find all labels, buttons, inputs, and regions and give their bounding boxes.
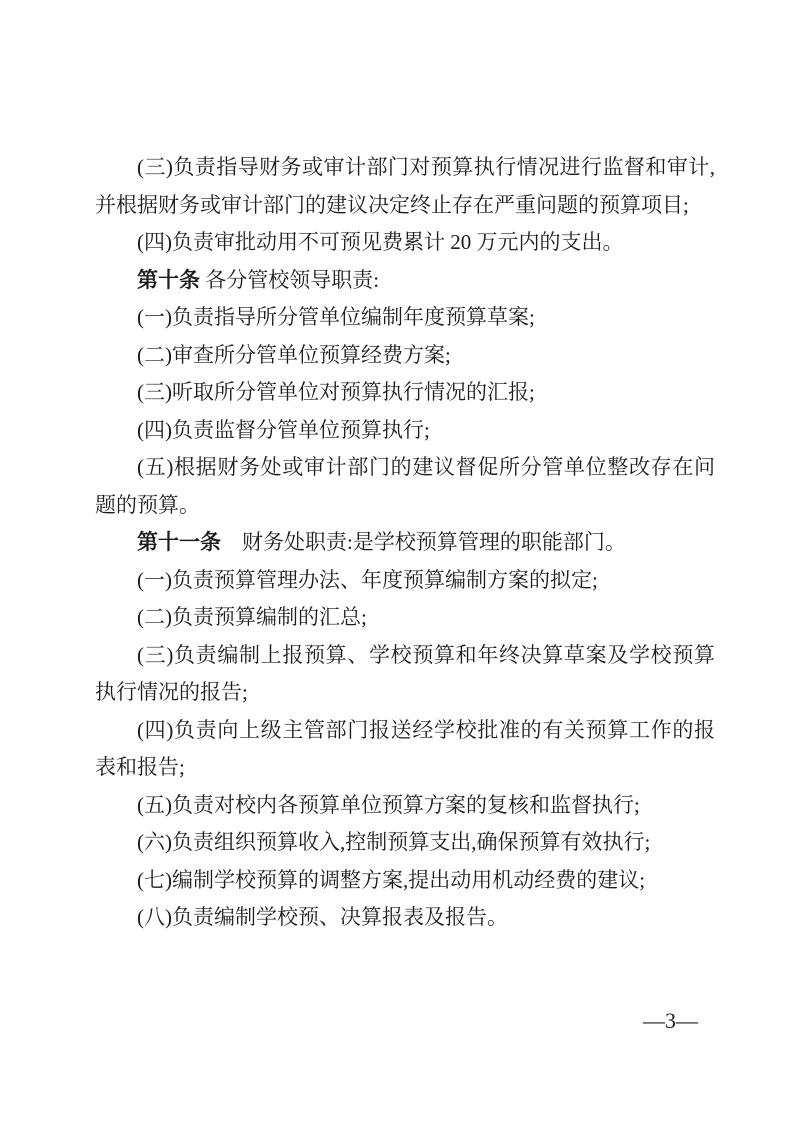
page-number: —3—: [643, 1006, 698, 1036]
paragraph-text: (三)听取所分管单位对预算执行情况的汇报;: [137, 380, 535, 404]
paragraph: (四)负责审批动用不可预见费累计 20 万元内的支出。: [95, 224, 715, 262]
paragraph-text: (五)根据财务处或审计部门的建议督促所分管单位整改存在问题的预算。: [95, 455, 715, 517]
paragraph: (六)负责组织预算收入,控制预算支出,确保预算有效执行;: [95, 824, 715, 862]
paragraph-text: (二)审查所分管单位预算经费方案;: [137, 343, 451, 367]
paragraph-text: (八)负责编制学校预、决算报表及报告。: [137, 905, 508, 929]
paragraph-text: (四)负责监督分管单位预算执行;: [137, 418, 430, 442]
paragraph: (一)负责指导所分管单位编制年度预算草案;: [95, 299, 715, 337]
paragraph: (二)审查所分管单位预算经费方案;: [95, 337, 715, 375]
paragraph: (一)负责预算管理办法、年度预算编制方案的拟定;: [95, 562, 715, 600]
paragraph-text: (一)负责指导所分管单位编制年度预算草案;: [137, 305, 535, 329]
document-body: (三)负责指导财务或审计部门对预算执行情况进行监督和审计,并根据财务或审计部门的…: [95, 149, 715, 937]
paragraph-text: (三)负责指导财务或审计部门对预算执行情况进行监督和审计,并根据财务或审计部门的…: [95, 155, 715, 217]
paragraph-text: 财务处职责:是学校预算管理的职能部门。: [221, 530, 626, 554]
paragraph: (四)负责监督分管单位预算执行;: [95, 412, 715, 450]
paragraph: (二)负责预算编制的汇总;: [95, 599, 715, 637]
paragraph: 第十一条 财务处职责:是学校预算管理的职能部门。: [95, 524, 715, 562]
paragraph: (三)听取所分管单位对预算执行情况的汇报;: [95, 374, 715, 412]
paragraph-text: (七)编制学校预算的调整方案,提出动用机动经费的建议;: [137, 868, 645, 892]
paragraph-text: (四)负责审批动用不可预见费累计 20 万元内的支出。: [137, 230, 624, 254]
paragraph: (八)负责编制学校预、决算报表及报告。: [95, 899, 715, 937]
paragraph: (三)负责指导财务或审计部门对预算执行情况进行监督和审计,并根据财务或审计部门的…: [95, 149, 715, 224]
paragraph: (五)根据财务处或审计部门的建议督促所分管单位整改存在问题的预算。: [95, 449, 715, 524]
paragraph-text: (四)负责向上级主管部门报送经学校批准的有关预算工作的报表和报告;: [95, 718, 715, 780]
paragraph-text: (五)负责对校内各预算单位预算方案的复核和监督执行;: [137, 793, 640, 817]
paragraph-text: 各分管校领导职责:: [200, 268, 379, 292]
paragraph-text: (一)负责预算管理办法、年度预算编制方案的拟定;: [137, 568, 598, 592]
paragraph: (三)负责编制上报预算、学校预算和年终决算草案及学校预算执行情况的报告;: [95, 637, 715, 712]
article-number: 第十条: [137, 268, 200, 292]
paragraph: (五)负责对校内各预算单位预算方案的复核和监督执行;: [95, 787, 715, 825]
paragraph-text: (三)负责编制上报预算、学校预算和年终决算草案及学校预算执行情况的报告;: [95, 643, 715, 705]
document-page: (三)负责指导财务或审计部门对预算执行情况进行监督和审计,并根据财务或审计部门的…: [0, 0, 794, 1122]
paragraph: (七)编制学校预算的调整方案,提出动用机动经费的建议;: [95, 862, 715, 900]
paragraph: (四)负责向上级主管部门报送经学校批准的有关预算工作的报表和报告;: [95, 712, 715, 787]
article-number: 第十一条: [137, 530, 221, 554]
paragraph-text: (二)负责预算编制的汇总;: [137, 605, 367, 629]
paragraph-text: (六)负责组织预算收入,控制预算支出,确保预算有效执行;: [137, 830, 650, 854]
paragraph: 第十条 各分管校领导职责:: [95, 262, 715, 300]
